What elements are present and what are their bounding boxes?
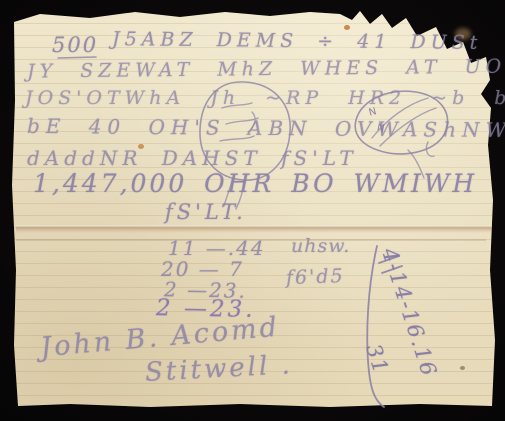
scanned-document-photo: 500 J5ABZ DEMS ÷ 41 DUSt JY SZEWAT MhZ W… xyxy=(0,0,505,421)
cipher-line-1: J5ABZ DEMS ÷ 41 DUSt xyxy=(112,28,483,54)
tally-bracket-line xyxy=(367,246,384,407)
cipher-line-7: fS'LT. xyxy=(165,200,247,224)
cipher-amount: 500 xyxy=(52,33,98,57)
cipher-word-1: uhsw. xyxy=(291,235,350,257)
cipher-line-3: JOS'OTWhA Jh ~RP HR2 ~b bST xyxy=(25,87,505,109)
cipher-word-2: f6'd5 xyxy=(286,265,345,289)
cipher-line-5: dAddNR DAHST fS'LT xyxy=(27,146,358,170)
cipher-line-4: bE 40 OH'S ABN OVWAShNW xyxy=(27,114,505,142)
amount-underline xyxy=(58,57,96,58)
cipher-number-line: 1,447,000 OHR BO WMIWH xyxy=(33,169,477,198)
